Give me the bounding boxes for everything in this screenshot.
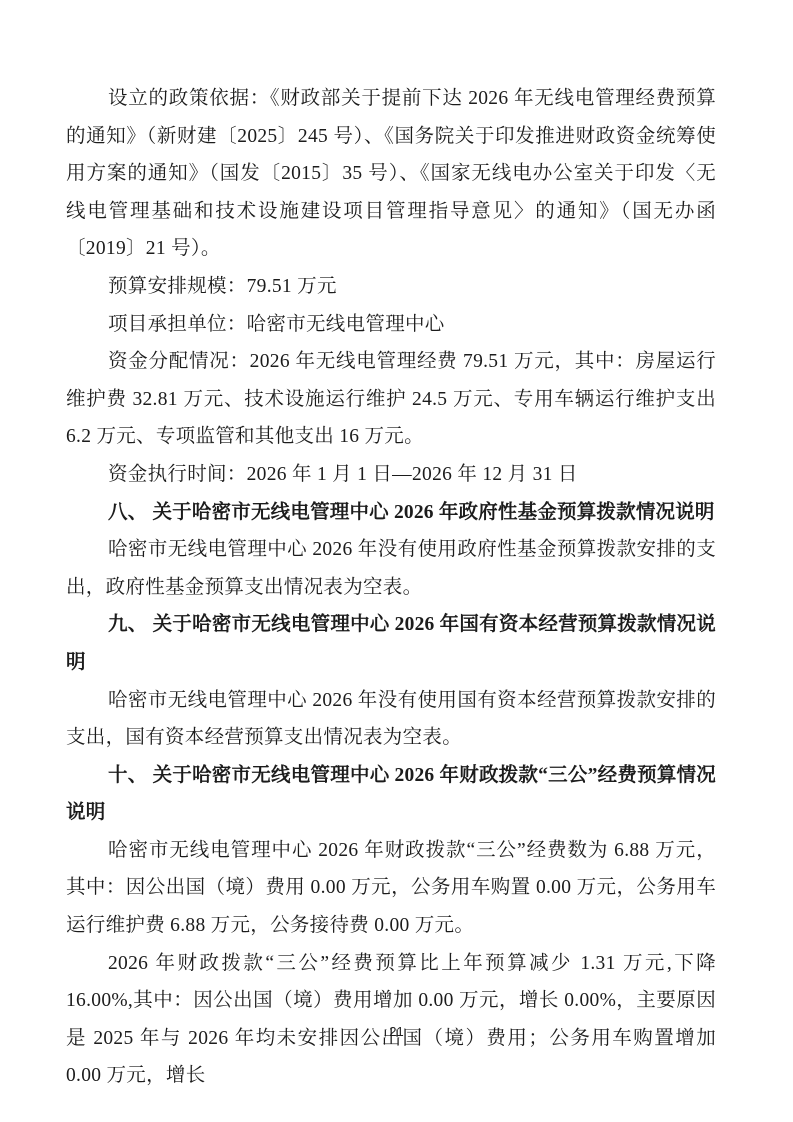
paragraph-fund-allocation: 资金分配情况：2026 年无线电管理经费 79.51 万元，其中：房屋运行维护费… bbox=[66, 343, 716, 456]
document-content: 设立的政策依据：《财政部关于提前下达 2026 年无线电管理经费预算的通知》（新… bbox=[66, 80, 716, 1095]
page-number: 21 bbox=[0, 1024, 793, 1039]
section-heading-9: 九、 关于哈密市无线电管理中心 2026 年国有资本经营预算拨款情况说明 bbox=[66, 606, 716, 681]
paragraph-three-public-change: 2026 年财政拨款“三公”经费预算比上年预算减少 1.31 万元,下降 16.… bbox=[66, 945, 716, 1095]
paragraph-budget-scale: 预算安排规模：79.51 万元 bbox=[66, 268, 716, 306]
document-page: 设立的政策依据：《财政部关于提前下达 2026 年无线电管理经费预算的通知》（新… bbox=[0, 0, 793, 1122]
paragraph-policy-basis: 设立的政策依据：《财政部关于提前下达 2026 年无线电管理经费预算的通知》（新… bbox=[66, 80, 716, 268]
paragraph-undertaking-unit: 项目承担单位：哈密市无线电管理中心 bbox=[66, 306, 716, 344]
paragraph-fund-execution-time: 资金执行时间：2026 年 1 月 1 日—2026 年 12 月 31 日 bbox=[66, 456, 716, 494]
paragraph-state-capital-note: 哈密市无线电管理中心 2026 年没有使用国有资本经营预算拨款安排的支出，国有资… bbox=[66, 682, 716, 757]
section-heading-10: 十、 关于哈密市无线电管理中心 2026 年财政拨款“三公”经费预算情况说明 bbox=[66, 757, 716, 832]
section-heading-8: 八、 关于哈密市无线电管理中心 2026 年政府性基金预算拨款情况说明 bbox=[66, 494, 716, 532]
paragraph-gov-fund-note: 哈密市无线电管理中心 2026 年没有使用政府性基金预算拨款安排的支出，政府性基… bbox=[66, 531, 716, 606]
paragraph-three-public-budget: 哈密市无线电管理中心 2026 年财政拨款“三公”经费数为 6.88 万元，其中… bbox=[66, 832, 716, 945]
